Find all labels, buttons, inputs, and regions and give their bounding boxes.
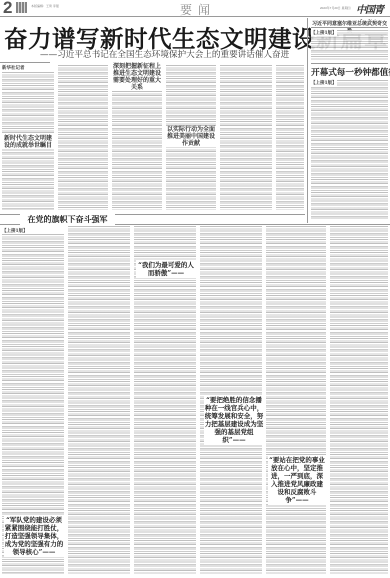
- sidebar-article1-tag: 【上接1版】: [311, 30, 337, 36]
- divider: [0, 62, 50, 63]
- sidebar-article2-body: [311, 80, 388, 220]
- sidebar-article2-title: 开幕式每一秒钟都值得看: [311, 66, 388, 78]
- pull-quote-4: “军队党的建设必须紧紧围绕能打胜仗，打造坚强领导集体，成为党的坚强有力的领导核心…: [4, 515, 64, 557]
- lead-column-5: [220, 65, 272, 210]
- section-name: 要闻: [180, 1, 216, 18]
- second-column-2: [68, 226, 130, 574]
- lead-column-6: [276, 65, 304, 210]
- issue-date: 2023年7月20日 星期四: [320, 6, 351, 10]
- editor-line: 本版编辑：王琦 李强: [31, 4, 59, 8]
- lead-subhead-3: 以实际行动为全面推进美丽中国建设作贡献: [166, 126, 216, 147]
- pull-quote-3: “要站在把党的事业放在心中，坚定推进，一严到底，深入推进党风廉政建设和反腐败斗争…: [268, 455, 326, 505]
- second-column-6: [330, 226, 388, 574]
- second-section-title: 在党的旗帜下奋斗强军: [20, 214, 115, 225]
- lead-subhead-2: 深刻把握新征程上推进生态文明建设需要处理好的重大关系: [112, 63, 162, 91]
- pull-quote-2: “要把绝胜的信念播种在一线官兵心中，统筹发展和安全，努力把基层建设成为坚强的基层…: [204, 395, 264, 445]
- page-number: 2: [3, 0, 11, 18]
- sidebar-article2-tag: 【上接1版】: [311, 80, 337, 86]
- pull-quote-1: “我们为最可爱的人而骄傲”——: [136, 260, 196, 278]
- lead-subhead-1: 新时代生态文明建设的成就举世瞩目: [2, 135, 54, 149]
- second-column-5: [266, 226, 326, 574]
- divider: [311, 63, 388, 64]
- lead-subheadline: ——习近平总书记在全国生态环境保护大会上的重要讲话催人奋进: [40, 48, 289, 60]
- second-column-3: [134, 226, 196, 574]
- lead-column-2: [58, 65, 108, 210]
- qr-code-icon: [16, 2, 27, 13]
- divider: [311, 27, 388, 28]
- lead-byline: 新华社记者: [2, 65, 25, 71]
- sidebar-divider: [307, 18, 308, 223]
